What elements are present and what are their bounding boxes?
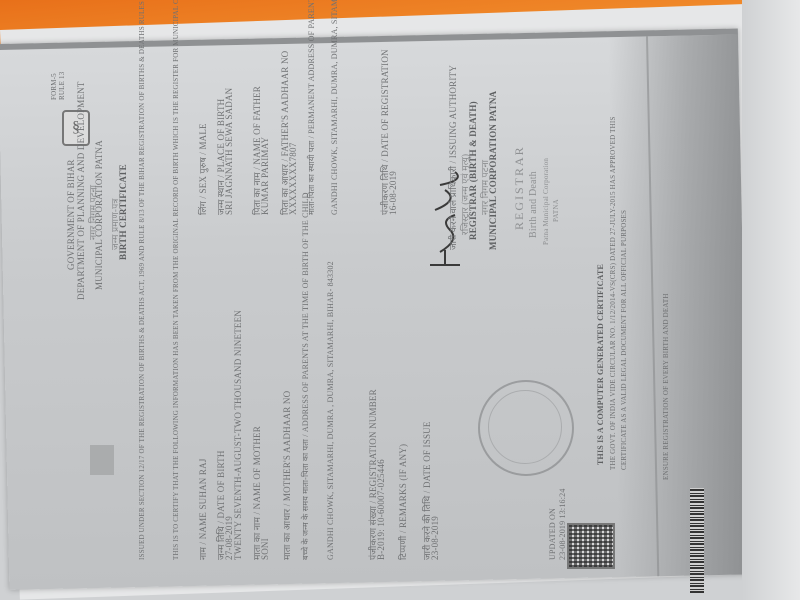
sex-label: लिंग / SEX xyxy=(198,176,208,215)
permanent-address-value: GANDHI CHOWK, SITAMARHI, DUMRA, DUMRA, S… xyxy=(330,0,339,215)
barcode xyxy=(690,488,704,593)
updated-on-label: UPDATED ON xyxy=(548,508,557,560)
qr-code xyxy=(567,523,615,569)
stamp-corporation: Patna Municipal Corporation xyxy=(542,158,550,245)
updated-on-value: 23-08-2019 13:16:24 xyxy=(558,488,567,560)
reg-no-value: B-2019: 10-60007-025446 xyxy=(376,459,386,560)
sex-field: लिंग / SEX पुरुष / MALE xyxy=(196,123,209,215)
preamble-issued-under: ISSUED UNDER SECTION 12/17 OF THE REGIST… xyxy=(138,0,146,560)
father-value: KUMAR PARIMAY xyxy=(260,137,270,215)
header-corporation: MUNICIPAL CORPORATION PATNA xyxy=(94,140,104,290)
place-value: SRI JAGNNATH SEWA SADAN xyxy=(224,88,234,215)
rule-label: RULE 13 xyxy=(58,72,66,100)
form-label: FORM-5 xyxy=(50,73,58,100)
name-value: SUHAN RAJ xyxy=(198,458,208,509)
father-aadhaar-value: XXXXXXXX7807 xyxy=(288,143,298,215)
preamble-certify: THIS IS TO CERTIFY THAT THE FOLLOWING IN… xyxy=(172,0,180,560)
mother-aadhaar-label: माता का आधार / MOTHER'S AADHAAR NO xyxy=(280,391,293,560)
ensure-registration-note: ENSURE REGISTRATION OF EVERY BIRTH AND D… xyxy=(662,293,670,480)
issue-date-value: 23-08-2019 xyxy=(430,516,440,560)
address-birth-value: GANDHI CHOWK, SITAMARHI, DUMRA , DUMRA, … xyxy=(326,261,335,560)
stamp-birth-death: Birth and Death xyxy=(528,171,539,238)
mother-value: SONI xyxy=(260,538,270,560)
sex-value: पुरुष / MALE xyxy=(198,123,208,173)
computer-generated-note: THIS IS A COMPUTER GENERATED CERTIFICATE xyxy=(596,264,605,465)
remarks-label: टिप्पणी / REMARKS (IF ANY) xyxy=(396,444,409,560)
validity-note: THE GOVT. OF INDIA VIDE CIRCULAR NO. 1/1… xyxy=(608,90,630,470)
stamp-patna: PATNA xyxy=(552,199,560,222)
official-seal-stamp xyxy=(478,380,574,476)
stamp-registrar: REGISTRAR xyxy=(512,145,527,230)
state-emblem-icon xyxy=(90,445,114,475)
authority-org: MUNICIPAL CORPORATION PATNA xyxy=(488,91,498,250)
certificate-title: BIRTH CERTIFICATE xyxy=(118,164,128,260)
authority-designation: REGISTRAR (BIRTH & DEATH) xyxy=(468,101,478,240)
name-label: नाम / NAME xyxy=(198,512,208,560)
name-field: नाम / NAME SUHAN RAJ xyxy=(196,458,209,560)
dob-words: TWENTY SEVENTH-AUGUST-TWO THOUSAND NINET… xyxy=(233,310,243,560)
header-department: DEPARTMENT OF PLANNING AND DEVELOPMENT xyxy=(76,81,86,300)
address-birth-label: बच्चे के जन्म के समय माता-पिता का पता / … xyxy=(300,192,311,560)
permanent-address-label: माता-पिता का स्थायी पता / PERMANENT ADDR… xyxy=(306,0,317,215)
header-country: GOVERNMENT OF BIHAR xyxy=(66,159,76,270)
right-edge-paper xyxy=(742,0,800,600)
reg-date-value: 16-08-2019 xyxy=(388,171,398,215)
